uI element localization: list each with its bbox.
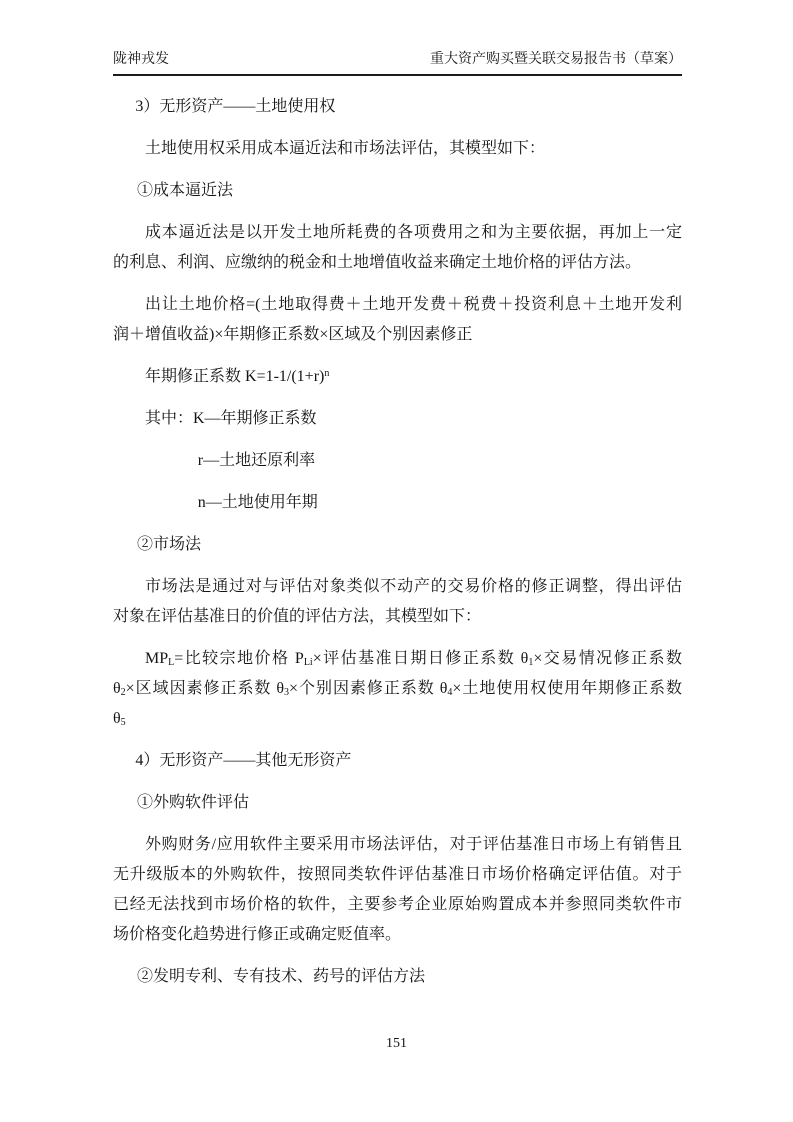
land-price-formula: 出让土地价格=(土地取得费＋土地开发费＋税费＋投资利息＋土地开发利 润＋增值收益…: [113, 290, 682, 350]
paragraph-line: 市场法是通过对与评估对象类似不动产的交易价格的修正调整，得出评估: [113, 572, 682, 602]
section-heading-3-block: 3）无形资产——土地使用权: [113, 92, 682, 122]
formula-line: 润＋增值收益)×年期修正系数×区域及个别因素修正: [113, 320, 682, 350]
paragraph-line: 的利息、利润、应缴纳的税金和土地增值收益来确定土地价格的评估方法。: [113, 248, 682, 278]
document-page: 陇神戎发 重大资产购买暨关联交易报告书（草案） 3）无形资产——土地使用权 土地…: [0, 0, 793, 1122]
item-cost-approach: ①成本逼近法: [113, 176, 682, 206]
cost-approach-paragraph: 成本逼近法是以开发土地所耗费的各项费用之和为主要依据，再加上一定 的利息、利润、…: [113, 218, 682, 278]
paragraph-line: 场价格变化趋势进行修正或确定贬值率。: [113, 920, 682, 950]
k-coefficient-formula: 年期修正系数 K=1-1/(1+r)n: [113, 362, 682, 392]
definition-line: 其中：K—年期修正系数: [113, 404, 682, 434]
page-number: 151: [386, 1036, 407, 1051]
paragraph-line: 对象在评估基准日的价值的评估方法，其模型如下：: [113, 602, 682, 632]
market-price-formula: MPL=比较宗地价格 PLi×评估基准日期日修正系数 θ1×交易情况修正系数 θ…: [113, 644, 682, 734]
where-k-definition: 其中：K—年期修正系数: [113, 404, 682, 434]
item-label: ①外购软件评估: [113, 788, 682, 818]
item-label: ①成本逼近法: [113, 176, 682, 206]
formula-line: θ5: [113, 704, 682, 734]
item-label: ②市场法: [113, 530, 682, 560]
paragraph-line: 土地使用权采用成本逼近法和市场法评估，其模型如下：: [113, 134, 682, 164]
item-label: ②发明专利、专有技术、药号的评估方法: [113, 962, 682, 992]
paragraph-line: 成本逼近法是以开发土地所耗费的各项费用之和为主要依据，再加上一定: [113, 218, 682, 248]
paragraph-line: 外购财务/应用软件主要采用市场法评估，对于评估基准日市场上有销售且: [113, 830, 682, 860]
software-valuation-paragraph: 外购财务/应用软件主要采用市场法评估，对于评估基准日市场上有销售且 无升级版本的…: [113, 830, 682, 950]
item-purchased-software: ①外购软件评估: [113, 788, 682, 818]
section-heading-4: 4）无形资产——其他无形资产: [113, 746, 682, 776]
page-header: 陇神戎发 重大资产购买暨关联交易报告书（草案）: [113, 52, 682, 76]
page-body: 3）无形资产——土地使用权 土地使用权采用成本逼近法和市场法评估，其模型如下： …: [113, 92, 682, 1004]
formula-line: 年期修正系数 K=1-1/(1+r)n: [113, 362, 682, 392]
section-heading-4-block: 4）无形资产——其他无形资产: [113, 746, 682, 776]
where-r-definition: r—土地还原利率: [113, 446, 682, 476]
market-approach-paragraph: 市场法是通过对与评估对象类似不动产的交易价格的修正调整，得出评估 对象在评估基准…: [113, 572, 682, 632]
intro-paragraph: 土地使用权采用成本逼近法和市场法评估，其模型如下：: [113, 134, 682, 164]
formula-line: MPL=比较宗地价格 PLi×评估基准日期日修正系数 θ1×交易情况修正系数: [113, 644, 682, 674]
section-heading-3: 3）无形资产——土地使用权: [113, 92, 682, 122]
formula-line: 出让土地价格=(土地取得费＋土地开发费＋税费＋投资利息＋土地开发利: [113, 290, 682, 320]
item-patent-methods: ②发明专利、专有技术、药号的评估方法: [113, 962, 682, 992]
formula-line: θ2×区域因素修正系数 θ3×个别因素修正系数 θ4×土地使用权使用年期修正系数: [113, 674, 682, 704]
definition-line: r—土地还原利率: [113, 446, 682, 476]
where-n-definition: n—土地使用年期: [113, 488, 682, 518]
paragraph-line: 已经无法找到市场价格的软件，主要参考企业原始购置成本并参照同类软件市: [113, 890, 682, 920]
paragraph-line: 无升级版本的外购软件，按照同类软件评估基准日市场价格确定评估值。对于: [113, 860, 682, 890]
header-company-short-name: 陇神戎发: [113, 52, 169, 68]
definition-line: n—土地使用年期: [113, 488, 682, 518]
page-footer: 151: [0, 1035, 793, 1053]
header-document-title: 重大资产购买暨关联交易报告书（草案）: [430, 52, 682, 68]
item-market-approach: ②市场法: [113, 530, 682, 560]
